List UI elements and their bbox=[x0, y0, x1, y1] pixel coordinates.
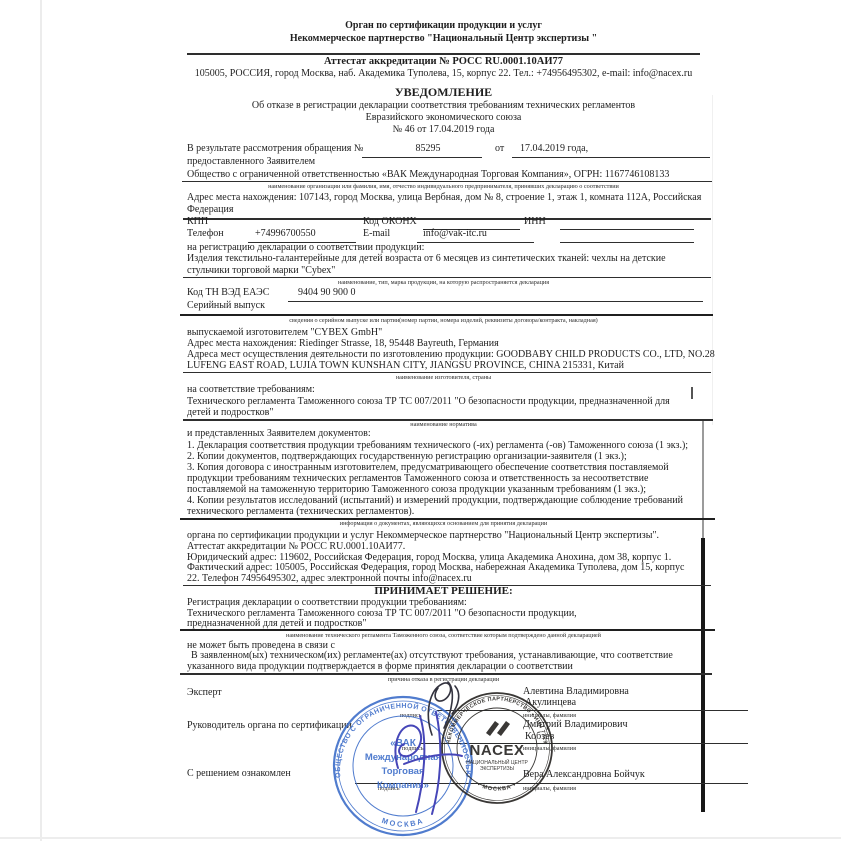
acknowledged-label: С решением ознакомлен bbox=[187, 768, 291, 780]
application-number: 85295 bbox=[378, 143, 478, 155]
scan-artifact-black-bar bbox=[701, 538, 705, 812]
inn-label: ИНН bbox=[524, 216, 546, 228]
conformity-heading: на соответствие требованиям: bbox=[187, 384, 315, 396]
applicant-name: Общество с ограниченной ответственностью… bbox=[187, 169, 669, 181]
inn-blank-underline bbox=[560, 229, 694, 230]
application-date: 17.04.2019 года, bbox=[520, 143, 588, 155]
email-underline bbox=[417, 242, 534, 243]
header-org-line2: Некоммерческое партнерство "Национальный… bbox=[187, 33, 700, 45]
applicant-underline bbox=[182, 181, 712, 182]
application-number-underline bbox=[362, 157, 482, 158]
documents-row: технического регламента (технических рег… bbox=[187, 506, 414, 518]
email-label: E-mail bbox=[363, 228, 390, 240]
decision-caption: наименование технического регламента Там… bbox=[187, 632, 700, 639]
conformity-reg-line2: детей и подростков" bbox=[187, 407, 273, 419]
production-address-line2: LUFENG EAST ROAD, LUJIA TOWN KUNSHAN CIT… bbox=[187, 360, 624, 372]
kpp-label: КПП bbox=[187, 216, 208, 228]
product-desc-rule bbox=[183, 277, 711, 278]
tnved-value: 9404 90 900 0 bbox=[298, 287, 356, 299]
header-org-line1: Орган по сертификации продукции и услуг bbox=[187, 20, 700, 32]
conformity-caption: наименование норматива bbox=[187, 421, 700, 428]
documents-heading: и представленных Заявителем документов: bbox=[187, 428, 371, 440]
certbody-line5: 22. Телефон 74956495302, адрес электронн… bbox=[187, 573, 472, 585]
applicant-address-line2: Федерация bbox=[187, 204, 233, 216]
email-value: info@vak-itc.ru bbox=[423, 228, 487, 240]
application-date-underline bbox=[512, 157, 710, 158]
notice-subtitle2: Евразийского экономического союза bbox=[187, 112, 700, 124]
documents-caption: информация о документах, являющихся осно… bbox=[187, 520, 700, 527]
notice-subtitle1: Об отказе в регистрации декларации соотв… bbox=[187, 100, 700, 112]
address-rule bbox=[183, 218, 711, 220]
signatures-overlay bbox=[330, 655, 590, 841]
scan-artifact-tick bbox=[691, 387, 693, 399]
tnved-underline bbox=[288, 301, 703, 302]
decision-rule bbox=[180, 629, 715, 631]
notice-title: УВЕДОМЛЕНИЕ bbox=[187, 86, 700, 98]
applicant-caption: наименование организации или фамилия, им… bbox=[187, 183, 700, 190]
header-rule bbox=[187, 53, 700, 55]
page-right-edge bbox=[712, 95, 713, 425]
expert-signature bbox=[428, 682, 458, 735]
expert-label: Эксперт bbox=[187, 687, 222, 699]
request-ot: от bbox=[495, 143, 504, 155]
product-desc-caption: наименование, тип, марка продукции, на к… bbox=[187, 279, 700, 286]
phone-label: Телефон bbox=[187, 228, 224, 240]
request-intro: В результате рассмотрения обращения № bbox=[187, 143, 363, 155]
head-signature bbox=[395, 712, 462, 814]
row-blank-underline bbox=[560, 242, 694, 243]
manufacturer-caption: наименование изготовителя, страны bbox=[187, 374, 700, 381]
serial-line: Серийный выпуск bbox=[187, 300, 265, 312]
request-provided: предоставленного Заявителем bbox=[187, 156, 315, 168]
header-contact: 105005, РОССИЯ, город Москва, наб. Акаде… bbox=[187, 68, 700, 80]
product-desc-line1: Изделия текстильно-галантерейные для дет… bbox=[187, 253, 666, 265]
production-rule bbox=[183, 372, 711, 373]
tnved-label: Код ТН ВЭД ЕАЭС bbox=[187, 287, 269, 299]
okonh-label: Код ОКОНХ bbox=[363, 216, 417, 228]
header-accreditation: Аттестат аккредитации № РОСС RU.0001.10А… bbox=[187, 56, 700, 68]
decision-heading: ПРИНИМАЕТ РЕШЕНИЕ: bbox=[187, 585, 700, 597]
phone-value: +74996700550 bbox=[255, 228, 316, 240]
scan-artifact-grey-bar bbox=[702, 420, 704, 542]
applicant-address-line1: Адрес места нахождения: 107143, город Мо… bbox=[187, 192, 701, 204]
serial-rule bbox=[180, 314, 713, 316]
serial-caption: сведения о серийном выпуске или партии(н… bbox=[187, 317, 700, 324]
notice-number: № 46 от 17.04.2019 года bbox=[187, 124, 700, 136]
product-desc-line2: стульчики торговой марки "Cybex" bbox=[187, 265, 335, 277]
page-left-edge bbox=[40, 0, 42, 841]
